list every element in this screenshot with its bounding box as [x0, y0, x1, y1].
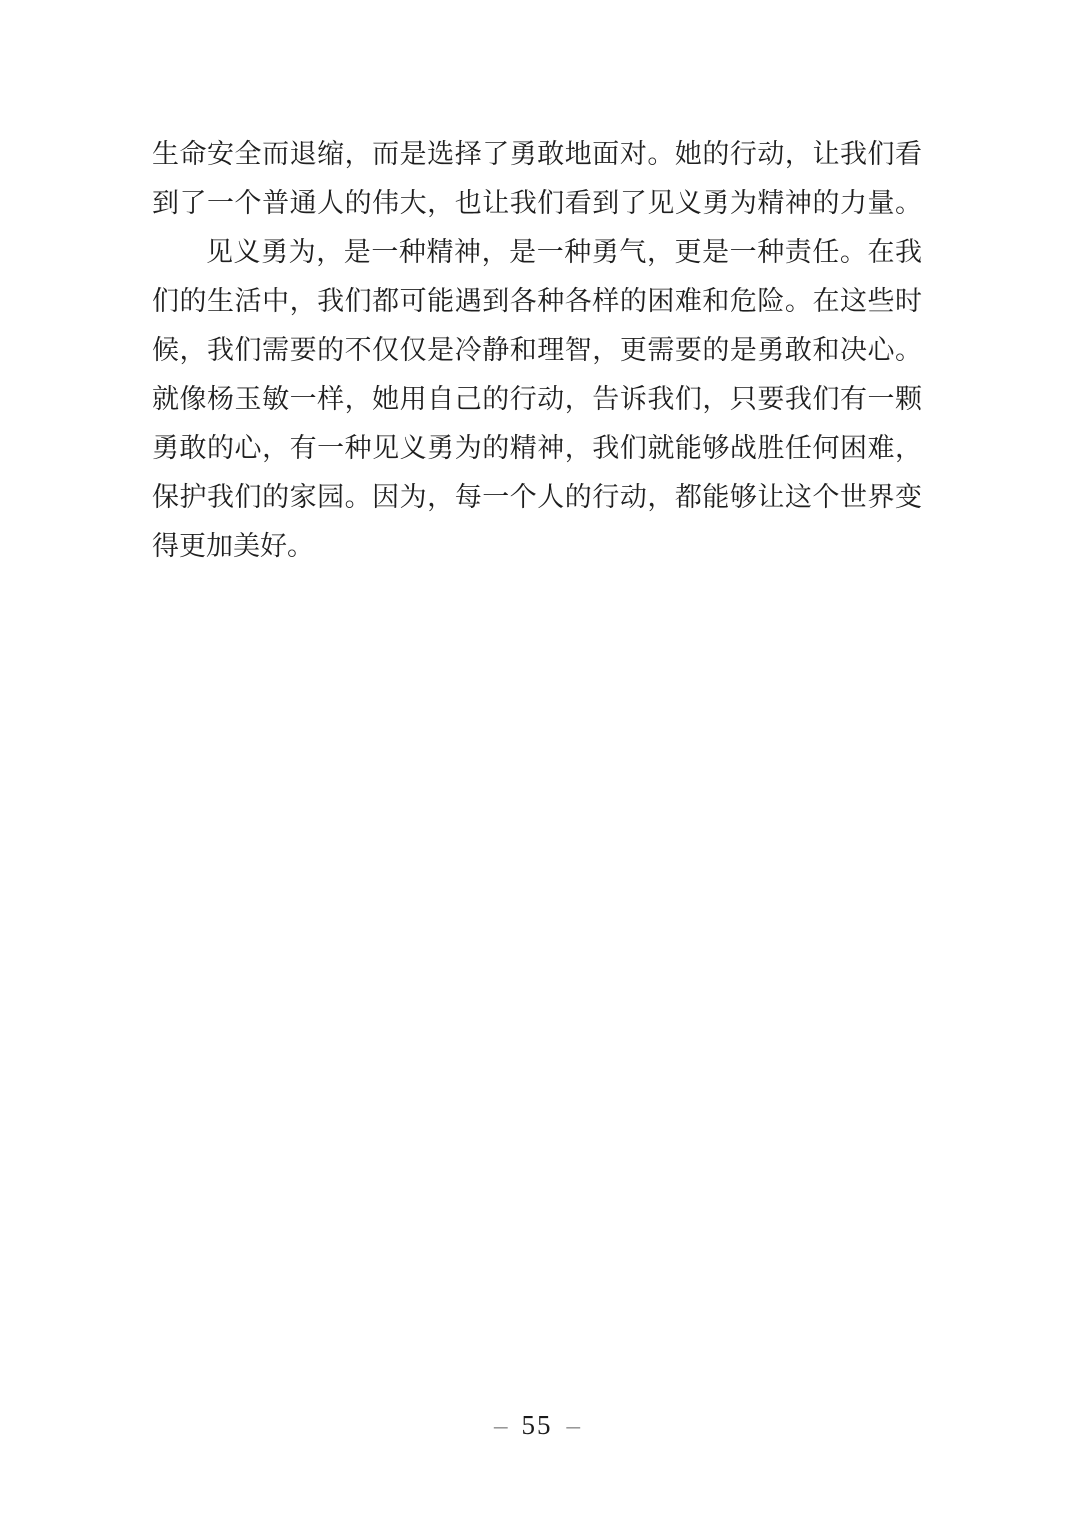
- text-line: 保护我们的家园。因为，每一个人的行动，都能够让这个世界变: [152, 473, 922, 522]
- paragraph: 生命安全而退缩，而是选择了勇敢地面对。她的行动，让我们看 到了一个普通人的伟大，…: [152, 130, 922, 228]
- text-line: 到了一个普通人的伟大，也让我们看到了见义勇为精神的力量。: [152, 179, 922, 228]
- page-number: –55–: [0, 1408, 1074, 1442]
- text-line: 生命安全而退缩，而是选择了勇敢地面对。她的行动，让我们看: [152, 130, 922, 179]
- text-line: 见义勇为，是一种精神，是一种勇气，更是一种责任。在我: [152, 228, 922, 277]
- text-line: 得更加美好。: [152, 522, 922, 571]
- paragraph: 见义勇为，是一种精神，是一种勇气，更是一种责任。在我 们的生活中，我们都可能遇到…: [152, 228, 922, 571]
- text-line: 们的生活中，我们都可能遇到各种各样的困难和危险。在这些时: [152, 277, 922, 326]
- page-number-left-dash: –: [480, 1410, 522, 1440]
- page-number-right-dash: –: [553, 1410, 595, 1440]
- document-page: 生命安全而退缩，而是选择了勇敢地面对。她的行动，让我们看 到了一个普通人的伟大，…: [0, 0, 1074, 1520]
- text-line: 就像杨玉敏一样，她用自己的行动，告诉我们，只要我们有一颗: [152, 375, 922, 424]
- text-line: 候，我们需要的不仅仅是冷静和理智，更需要的是勇敢和决心。: [152, 326, 922, 375]
- page-number-value: 55: [522, 1410, 553, 1440]
- document-body: 生命安全而退缩，而是选择了勇敢地面对。她的行动，让我们看 到了一个普通人的伟大，…: [152, 130, 922, 571]
- text-line: 勇敢的心，有一种见义勇为的精神，我们就能够战胜任何困难，: [152, 424, 922, 473]
